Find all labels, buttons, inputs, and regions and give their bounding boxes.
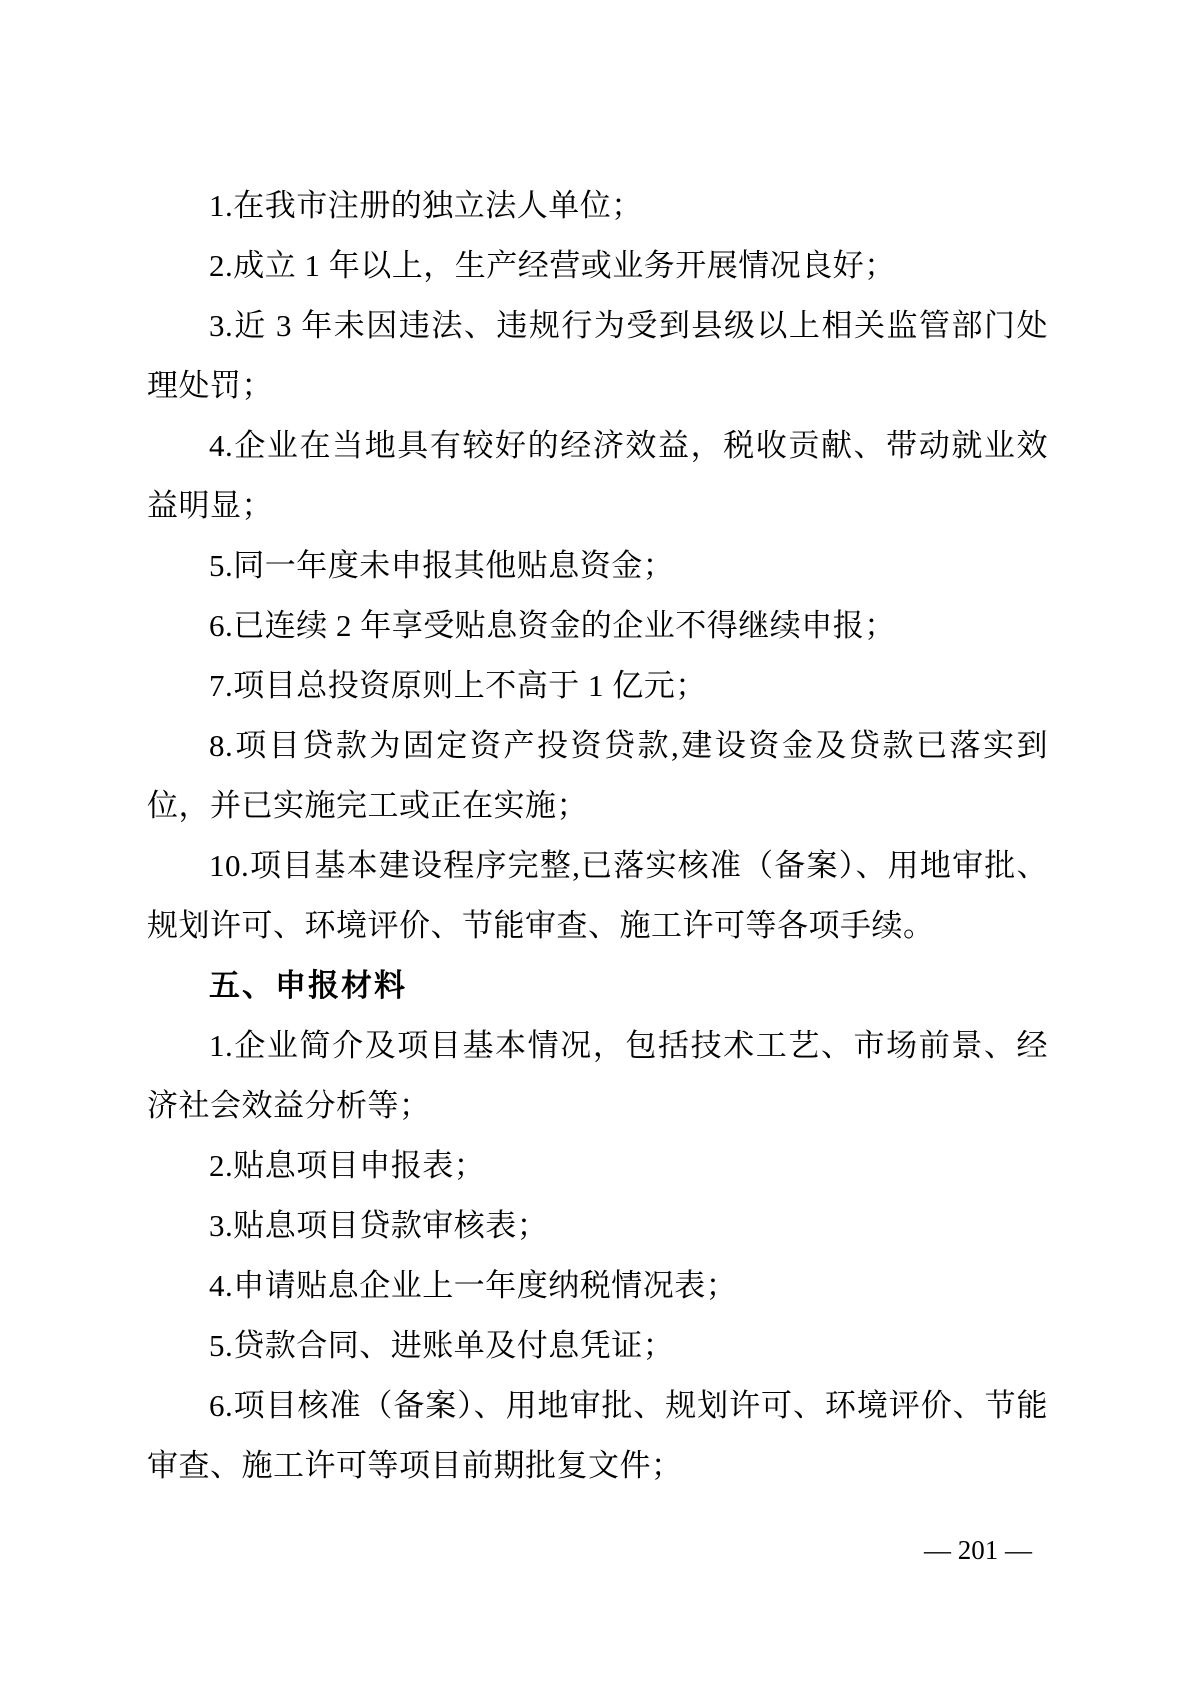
page-number: — 201 —	[924, 1534, 1032, 1566]
condition-item-3: 3.近 3 年未因违法、违规行为受到县级以上相关监管部门处理处罚；	[147, 296, 1048, 416]
condition-item-7: 7.项目总投资原则上不高于 1 亿元；	[147, 656, 1048, 716]
condition-item-2: 2.成立 1 年以上，生产经营或业务开展情况良好；	[147, 236, 1048, 296]
document-page: 1.在我市注册的独立法人单位； 2.成立 1 年以上，生产经营或业务开展情况良好…	[0, 0, 1190, 1683]
material-item-1: 1.企业简介及项目基本情况，包括技术工艺、市场前景、经济社会效益分析等；	[147, 1016, 1048, 1136]
material-item-4: 4.申请贴息企业上一年度纳税情况表；	[147, 1256, 1048, 1316]
material-item-3: 3.贴息项目贷款审核表；	[147, 1196, 1048, 1256]
page-content: 1.在我市注册的独立法人单位； 2.成立 1 年以上，生产经营或业务开展情况良好…	[147, 176, 1048, 1496]
condition-item-5: 5.同一年度未申报其他贴息资金；	[147, 536, 1048, 596]
condition-item-6: 6.已连续 2 年享受贴息资金的企业不得继续申报；	[147, 596, 1048, 656]
material-item-5: 5.贷款合同、进账单及付息凭证；	[147, 1316, 1048, 1376]
condition-item-4: 4.企业在当地具有较好的经济效益，税收贡献、带动就业效益明显；	[147, 416, 1048, 536]
condition-item-8: 8.项目贷款为固定资产投资贷款,建设资金及贷款已落实到位，并已实施完工或正在实施…	[147, 716, 1048, 836]
material-item-2: 2.贴息项目申报表；	[147, 1136, 1048, 1196]
condition-item-10: 10.项目基本建设程序完整,已落实核准（备案）、用地审批、规划许可、环境评价、节…	[147, 836, 1048, 956]
material-item-6: 6.项目核准（备案）、用地审批、规划许可、环境评价、节能审查、施工许可等项目前期…	[147, 1376, 1048, 1496]
section-heading: 五、申报材料	[147, 956, 1048, 1016]
condition-item-1: 1.在我市注册的独立法人单位；	[147, 176, 1048, 236]
